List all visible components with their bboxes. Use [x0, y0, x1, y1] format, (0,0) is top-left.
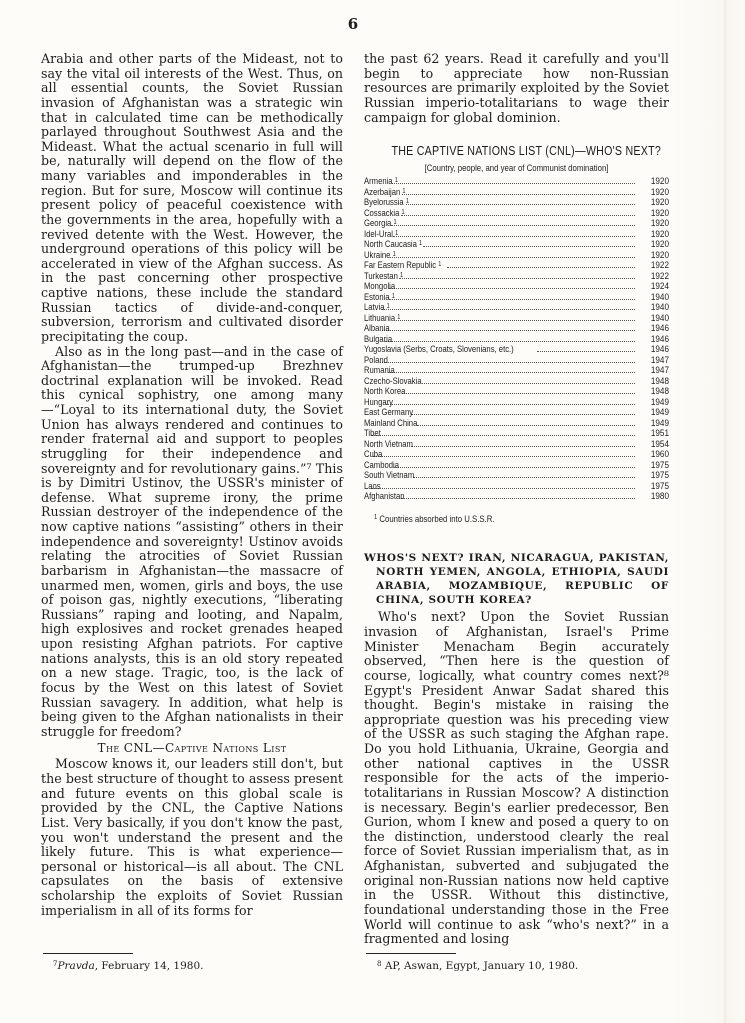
body-paragraph: Arabia and other parts of the Mideast, n…: [41, 52, 343, 345]
section-heading: The CNL—Captive Nations List: [41, 740, 343, 756]
absorbed-footnote-marker: 1: [419, 240, 422, 247]
dot-leader: [402, 193, 635, 195]
cnl-table-footnote: 1 Countries absorbed into U.S.S.R.: [374, 514, 616, 525]
body-paragraph: Who's next? Upon the Soviet Russian inva…: [364, 610, 669, 946]
country-name: Rumania: [364, 365, 395, 376]
country-name: Laos: [364, 481, 381, 492]
dot-leader: [388, 371, 635, 373]
dot-leader: [402, 392, 635, 394]
country-name: South Vietnam: [364, 470, 414, 481]
dot-leader: [401, 214, 635, 216]
country-name: Turkestan: [364, 271, 398, 282]
country-name: Afghanistan: [364, 491, 405, 502]
country-name: Mainland China: [364, 418, 417, 429]
dot-leader: [447, 266, 635, 268]
cnl-table-row: Lithuania 11940: [364, 314, 669, 325]
dot-leader: [399, 277, 635, 279]
cnl-table-row: South Vietnam1975: [364, 471, 669, 482]
absorbed-footnote-marker: 1: [395, 230, 398, 237]
page-number: 6: [346, 15, 360, 33]
dot-leader: [392, 182, 635, 184]
country-name: Czecho-Slovakia: [364, 376, 422, 387]
country-name: North Caucasia: [364, 239, 417, 250]
cnl-table-row: Czecho-Slovakia1948: [364, 377, 669, 388]
dot-leader: [382, 308, 635, 310]
dot-leader: [406, 203, 635, 205]
country-name: Albania: [364, 323, 390, 334]
country-name: Estonia: [364, 292, 390, 303]
absorbed-footnote-marker: 1: [438, 261, 441, 268]
dot-leader: [423, 245, 635, 247]
absorbed-footnote-marker: 1: [387, 303, 390, 310]
dot-leader: [401, 497, 635, 499]
cnl-country: Afghanistan: [364, 492, 405, 503]
country-name: Cossackia: [364, 208, 399, 219]
country-name: Mongolia: [364, 281, 395, 292]
cnl-table-row: Turkestan 11922: [364, 272, 669, 283]
cnl-table-row: Mongolia1924: [364, 282, 669, 293]
cnl-table-row: Armenia 11920: [364, 177, 669, 188]
footnote-marker: 1: [374, 514, 377, 521]
dot-leader: [385, 340, 635, 342]
cnl-table-row: Cossackia 11920: [364, 209, 669, 220]
footnote-text: , February 14, 1980.: [95, 960, 204, 972]
footnote-text: AP, Aswan, Egypt, January 10, 1980.: [385, 960, 578, 972]
dot-leader: [411, 413, 635, 415]
cnl-table-row: Mainland China1949: [364, 419, 669, 430]
cnl-table-row: North Vietnam1954: [364, 440, 669, 451]
dot-leader: [411, 445, 635, 447]
dot-leader: [389, 298, 635, 300]
country-name: Far Eastern Republic: [364, 260, 436, 271]
country-name: Ukraine: [364, 250, 390, 261]
country-name: Bulgaria: [364, 334, 392, 345]
footnote-source: Pravda: [57, 960, 94, 972]
cnl-table-row: Georgia 11920: [364, 219, 669, 230]
country-name: Cambodia: [364, 460, 399, 471]
country-name: Armenia: [364, 176, 393, 187]
body-paragraph: Moscow knows it, our leaders still don't…: [41, 757, 343, 918]
cnl-table-row: Cuba1960: [364, 450, 669, 461]
absorbed-footnote-marker: 1: [392, 293, 395, 300]
cnl-table-subtitle: [Country, people, and year of Communist …: [391, 163, 641, 174]
cnl-table-row: Estonia 11940: [364, 293, 669, 304]
dot-leader: [389, 287, 635, 289]
footnote-7: 7Pravda, February 14, 1980.: [53, 960, 203, 972]
country-name: East Germany: [364, 407, 413, 418]
cnl-table-row: North Caucasia 11920: [364, 240, 669, 251]
country-name: Azerbaijan: [364, 187, 400, 198]
country-name: Idel-Ural: [364, 229, 393, 240]
cnl-table-row: Poland1947: [364, 356, 669, 367]
cnl-table-title: THE CAPTIVE NATIONS LIST (CNL)—WHO'S NEX…: [391, 143, 641, 158]
dot-leader: [373, 455, 635, 457]
dot-leader: [380, 361, 635, 363]
cnl-table-row: Latvia 11940: [364, 303, 669, 314]
cnl-table-row: Byelorussia 11920: [364, 198, 669, 209]
footnote-text: Countries absorbed into U.S.S.R.: [379, 514, 494, 525]
dot-leader: [393, 235, 635, 237]
absorbed-footnote-marker: 1: [402, 209, 405, 216]
country-name: Georgia: [364, 218, 391, 229]
dot-leader: [371, 434, 635, 436]
country-name: Byelorussia: [364, 197, 404, 208]
footnote-8: 8 AP, Aswan, Egypt, January 10, 1980.: [377, 960, 578, 972]
country-name: Cuba: [364, 449, 382, 460]
country-name: Poland: [364, 355, 388, 366]
dot-leader: [422, 382, 635, 384]
dot-leader: [394, 466, 635, 468]
dot-leader: [391, 224, 635, 226]
dot-leader: [390, 256, 635, 258]
dot-leader: [386, 403, 635, 405]
absorbed-footnote-marker: 1: [406, 198, 409, 205]
cnl-table-row: Afghanistan1980: [364, 492, 669, 503]
cnl-table-row: Far Eastern Republic 11922: [364, 261, 669, 272]
dot-leader: [417, 424, 635, 426]
right-column: the past 62 years. Read it carefully and…: [364, 52, 669, 947]
footnote-rule: [366, 953, 456, 954]
absorbed-footnote-marker: 1: [395, 177, 398, 184]
dot-leader: [371, 487, 635, 489]
cnl-table-row: Azerbaijan 11920: [364, 188, 669, 199]
adjacent-page-edge: [667, 0, 745, 1023]
cnl-table-row: North Korea1948: [364, 387, 669, 398]
dot-leader: [382, 329, 635, 331]
footnote-rule: [43, 953, 133, 954]
cnl-table-row: Yugoslavia (Serbs, Croats, Slovenians, e…: [364, 345, 669, 356]
country-name: North Korea: [364, 386, 405, 397]
body-paragraph: the past 62 years. Read it carefully and…: [364, 52, 669, 125]
captive-nations-table: Armenia 11920Azerbaijan 11920Byelorussia…: [364, 177, 669, 503]
dot-leader: [537, 350, 635, 352]
dot-leader: [413, 476, 635, 478]
cnl-year: 1980: [647, 492, 669, 503]
dot-leader: [396, 319, 635, 321]
body-paragraph: Also as in the long past—and in the case…: [41, 345, 343, 740]
absorbed-footnote-marker: 1: [393, 219, 396, 226]
country-name: Lithuania: [364, 313, 395, 324]
left-column: Arabia and other parts of the Mideast, n…: [41, 52, 343, 918]
absorbed-footnote-marker: 1: [400, 272, 403, 279]
country-name: Latvia: [364, 302, 384, 313]
country-name: Yugoslavia (Serbs, Croats, Slovenians, e…: [364, 344, 514, 355]
whos-next-heading: WHOS'S NEXT? IRAN, NICARAGUA, PAKISTAN, …: [364, 551, 669, 608]
absorbed-footnote-marker: 1: [393, 251, 396, 258]
absorbed-footnote-marker: 1: [402, 188, 405, 195]
country-name: Tibet: [364, 428, 381, 439]
cnl-table-row: Laos1975: [364, 482, 669, 493]
cnl-table-row: Albania1946: [364, 324, 669, 335]
country-name: North Vietnam: [364, 439, 413, 450]
absorbed-footnote-marker: 1: [397, 314, 400, 321]
footnote-marker: 8: [377, 960, 381, 968]
country-name: Hungary: [364, 397, 393, 408]
